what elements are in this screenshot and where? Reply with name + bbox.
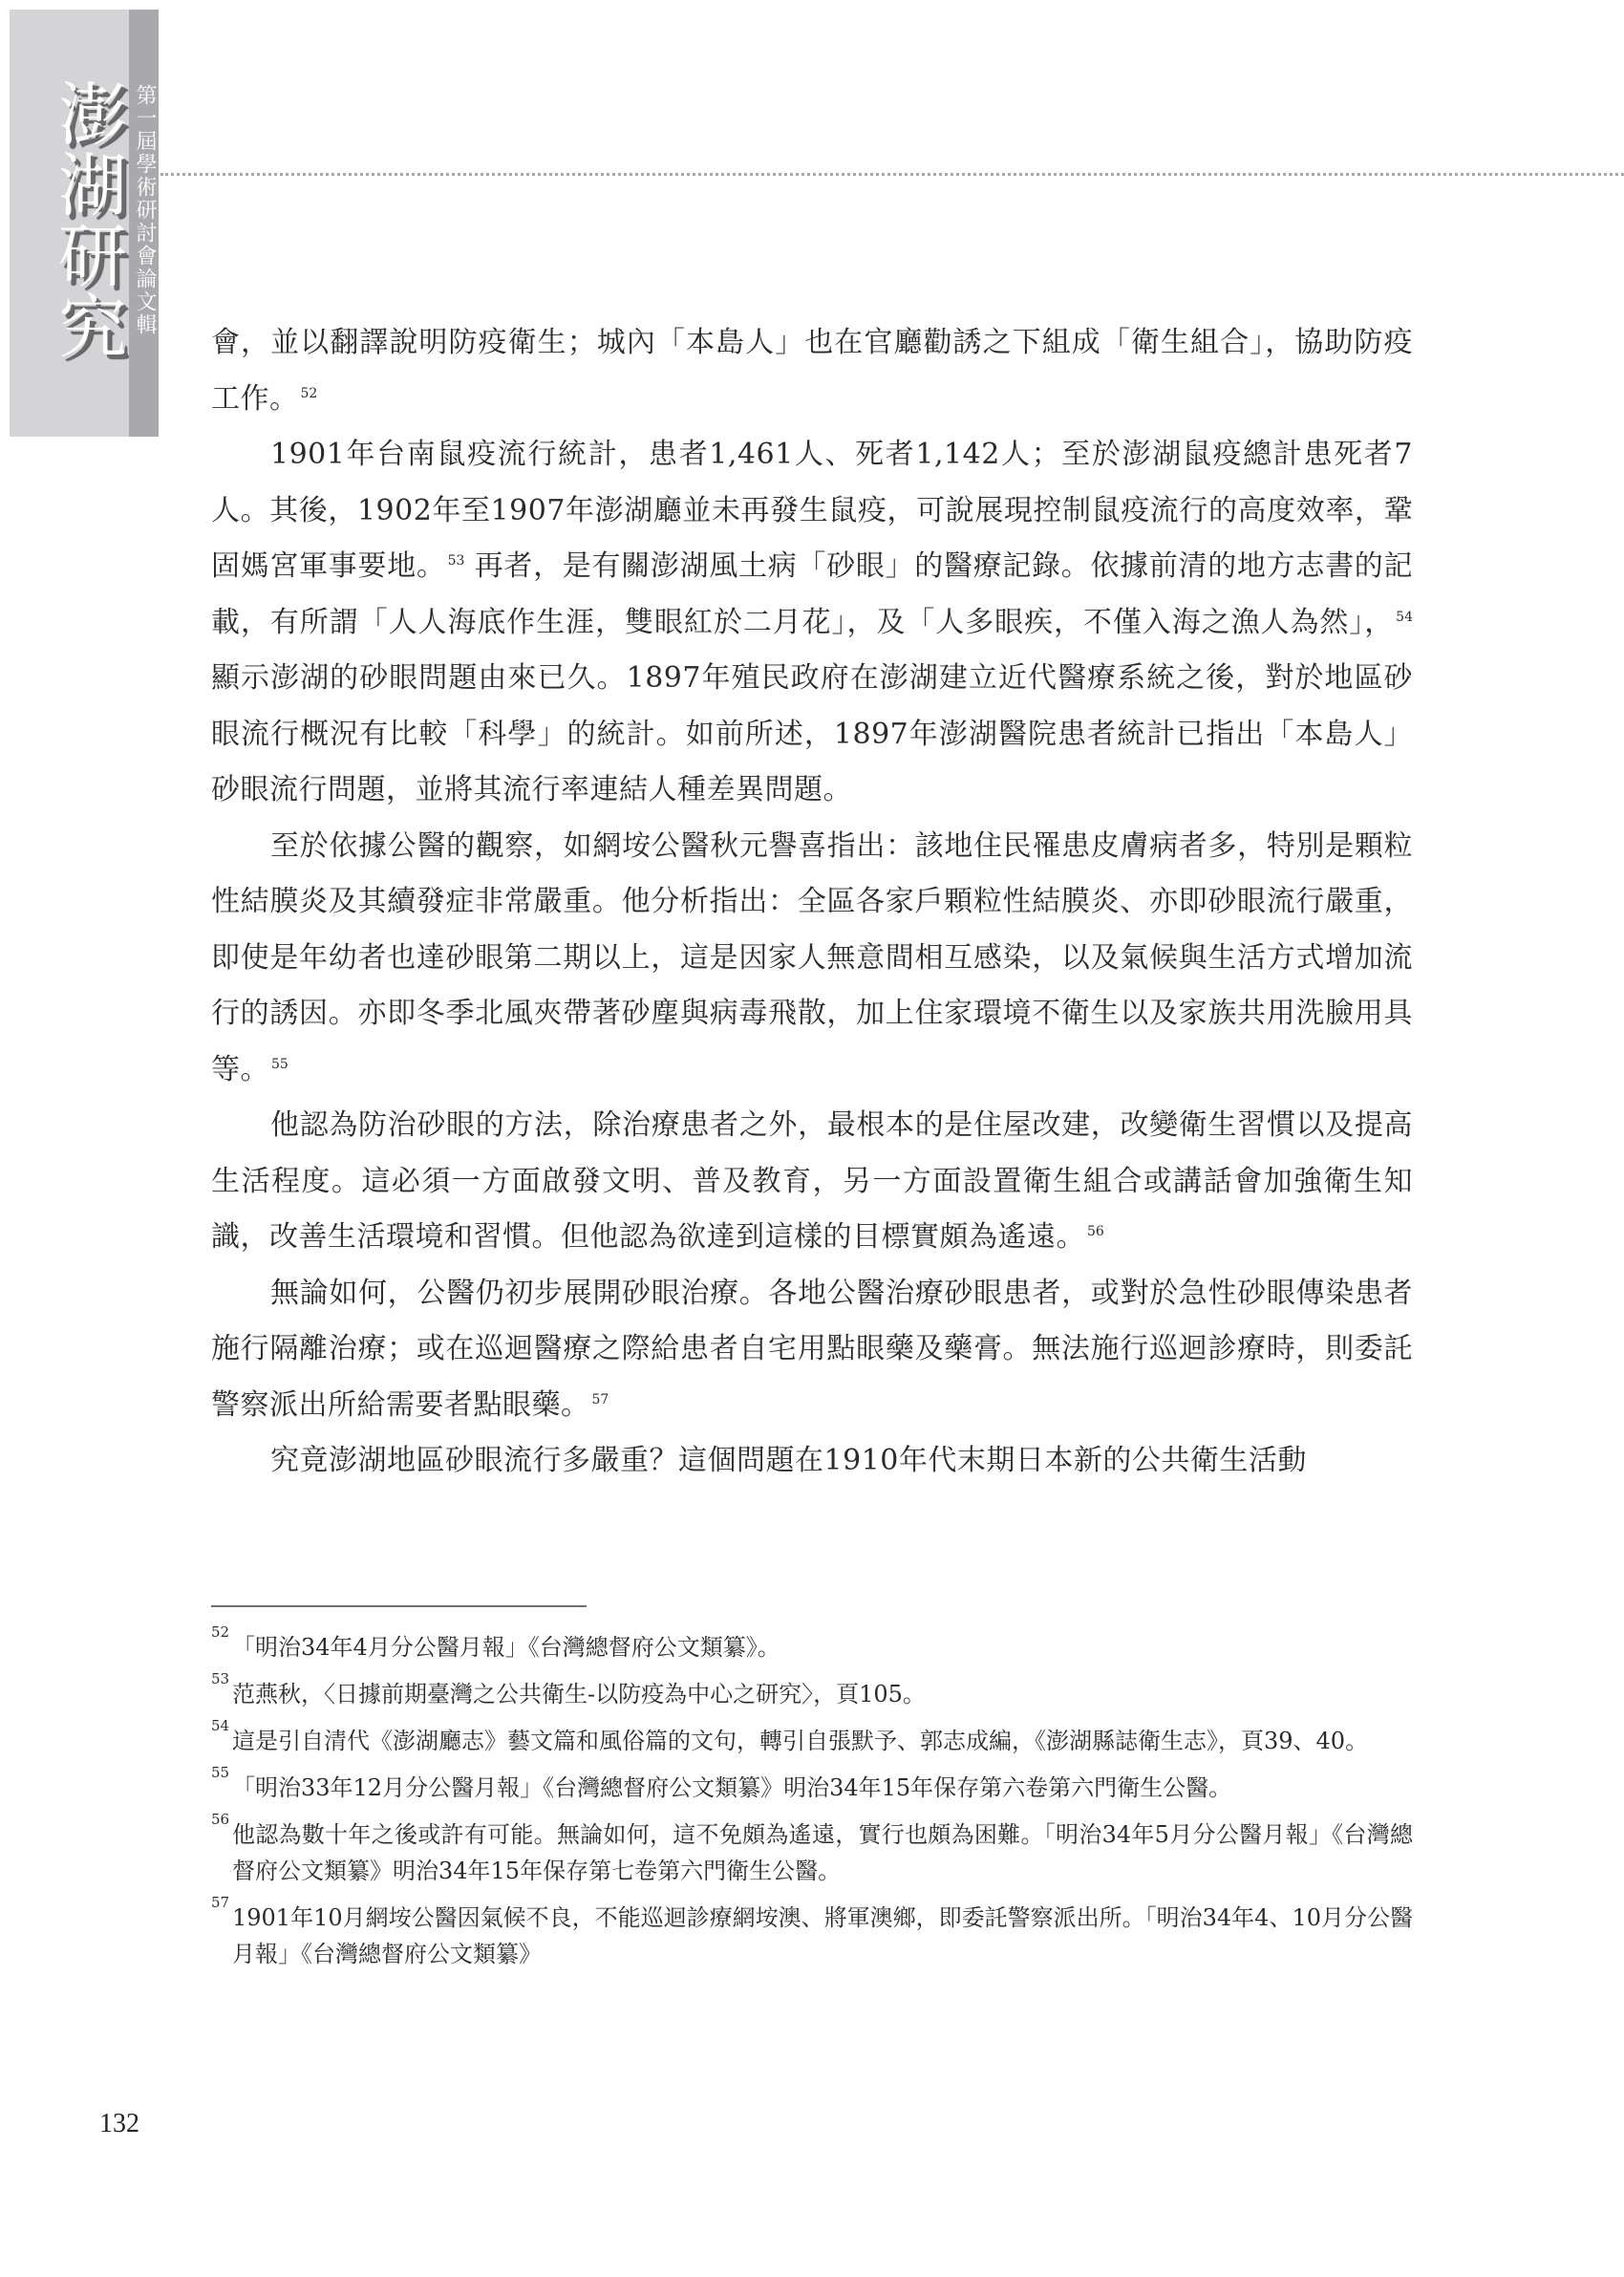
footnote-ref-53[interactable]: 53 — [448, 553, 465, 569]
paragraph-text: 究竟澎湖地區砂眼流行多嚴重？這個問題在1910年代末期日本新的公共衛生活動 — [270, 1444, 1307, 1477]
footnote-ref-57[interactable]: 57 — [592, 1392, 609, 1407]
footnotes: 52 「明治34年4月分公醫月報」《台灣總督府公文類纂》。 53 范燕秋，〈日據… — [211, 1629, 1413, 1983]
footnote-number: 52 — [211, 1625, 229, 1640]
body-text: 會，並以翻譯說明防疫衛生；城內「本島人」也在官廳勸誘之下組成「衛生組合」，協助防… — [211, 315, 1413, 1490]
footnote-54: 54 這是引自清代《澎湖廳志》藝文篇和風俗篇的文句，轉引自張默予、郭志成編，《澎… — [211, 1723, 1413, 1759]
footnote-52: 52 「明治34年4月分公醫月報」《台灣總督府公文類纂》。 — [211, 1629, 1413, 1665]
paragraph-text: 無論如何，公醫仍初步展開砂眼治療。各地公醫治療砂眼患者，或對於急性砂眼傳染患者施… — [211, 1277, 1413, 1422]
paragraph-5: 無論如何，公醫仍初步展開砂眼治療。各地公醫治療砂眼患者，或對於急性砂眼傳染患者施… — [211, 1266, 1413, 1434]
footnote-number: 54 — [211, 1719, 229, 1733]
footnote-number: 55 — [211, 1766, 229, 1780]
paragraph-2: 1901年台南鼠疫流行統計，患者1,461人、死者1,142人；至於澎湖鼠疫總計… — [211, 427, 1413, 819]
paragraph-text: 至於依據公醫的觀察，如網垵公醫秋元譽喜指出：該地住民罹患皮膚病者多，特別是顆粒性… — [211, 829, 1413, 1086]
paragraph-3: 至於依據公醫的觀察，如網垵公醫秋元譽喜指出：該地住民罹患皮膚病者多，特別是顆粒性… — [211, 819, 1413, 1099]
side-tab-main-panel: 澎湖研究 — [10, 10, 129, 437]
paragraph-6: 究竟澎湖地區砂眼流行多嚴重？這個問題在1910年代末期日本新的公共衛生活動 — [211, 1433, 1413, 1490]
footnote-text: 這是引自清代《澎湖廳志》藝文篇和風俗篇的文句，轉引自張默予、郭志成編，《澎湖縣誌… — [232, 1723, 1413, 1759]
footnote-ref-52[interactable]: 52 — [301, 386, 318, 401]
header-dotted-rule — [160, 173, 1624, 176]
footnote-number: 53 — [211, 1672, 229, 1686]
footnote-text: 1901年10月網垵公醫因氣候不良，不能巡迴診療網垵澳、將軍澳鄉，即委託警察派出… — [232, 1900, 1413, 1972]
footnote-separator — [211, 1605, 587, 1607]
paragraph-text: 顯示澎湖的砂眼問題由來已久。1897年殖民政府在澎湖建立近代醫療系統之後，對於地… — [211, 661, 1413, 806]
footnote-text: 他認為數十年之後或許有可能。無論如何，這不免頗為遙遠，實行也頗為困難。「明治34… — [232, 1816, 1413, 1889]
side-tab-strip: 第一屆學術研討會論文輯 — [129, 10, 159, 437]
footnote-56: 56 他認為數十年之後或許有可能。無論如何，這不免頗為遙遠，實行也頗為困難。「明… — [211, 1816, 1413, 1889]
paragraph-text: 他認為防治砂眼的方法，除治療患者之外，最根本的是住屋改建，改變衛生習慣以及提高生… — [211, 1108, 1413, 1254]
paragraph-1: 會，並以翻譯說明防疫衛生；城內「本島人」也在官廳勸誘之下組成「衛生組合」，協助防… — [211, 315, 1413, 427]
footnote-text: 「明治34年4月分公醫月報」《台灣總督府公文類纂》。 — [232, 1629, 1413, 1665]
journal-subtitle: 第一屆學術研討會論文輯 — [132, 84, 157, 336]
footnote-number: 56 — [211, 1813, 229, 1827]
journal-title: 澎湖研究 — [53, 78, 129, 361]
footnote-57: 57 1901年10月網垵公醫因氣候不良，不能巡迴診療網垵澳、將軍澳鄉，即委託警… — [211, 1900, 1413, 1972]
footnote-55: 55 「明治33年12月分公醫月報」《台灣總督府公文類纂》明治34年15年保存第… — [211, 1770, 1413, 1806]
page-number: 132 — [99, 2109, 139, 2139]
footnote-number: 57 — [211, 1896, 229, 1910]
footnote-53: 53 范燕秋，〈日據前期臺灣之公共衛生-以防疫為中心之研究〉，頁105。 — [211, 1676, 1413, 1712]
footnote-ref-56[interactable]: 56 — [1087, 1224, 1104, 1239]
footnote-text: 「明治33年12月分公醫月報」《台灣總督府公文類纂》明治34年15年保存第六卷第… — [232, 1770, 1413, 1806]
paragraph-text: 會，並以翻譯說明防疫衛生；城內「本島人」也在官廳勸誘之下組成「衛生組合」，協助防… — [211, 326, 1413, 416]
footnote-ref-54[interactable]: 54 — [1396, 610, 1413, 625]
footnote-text: 范燕秋，〈日據前期臺灣之公共衛生-以防疫為中心之研究〉，頁105。 — [232, 1676, 1413, 1712]
paragraph-4: 他認為防治砂眼的方法，除治療患者之外，最根本的是住屋改建，改變衛生習慣以及提高生… — [211, 1098, 1413, 1266]
footnote-ref-55[interactable]: 55 — [271, 1057, 288, 1072]
side-tab: 澎湖研究 第一屆學術研討會論文輯 — [10, 10, 159, 437]
